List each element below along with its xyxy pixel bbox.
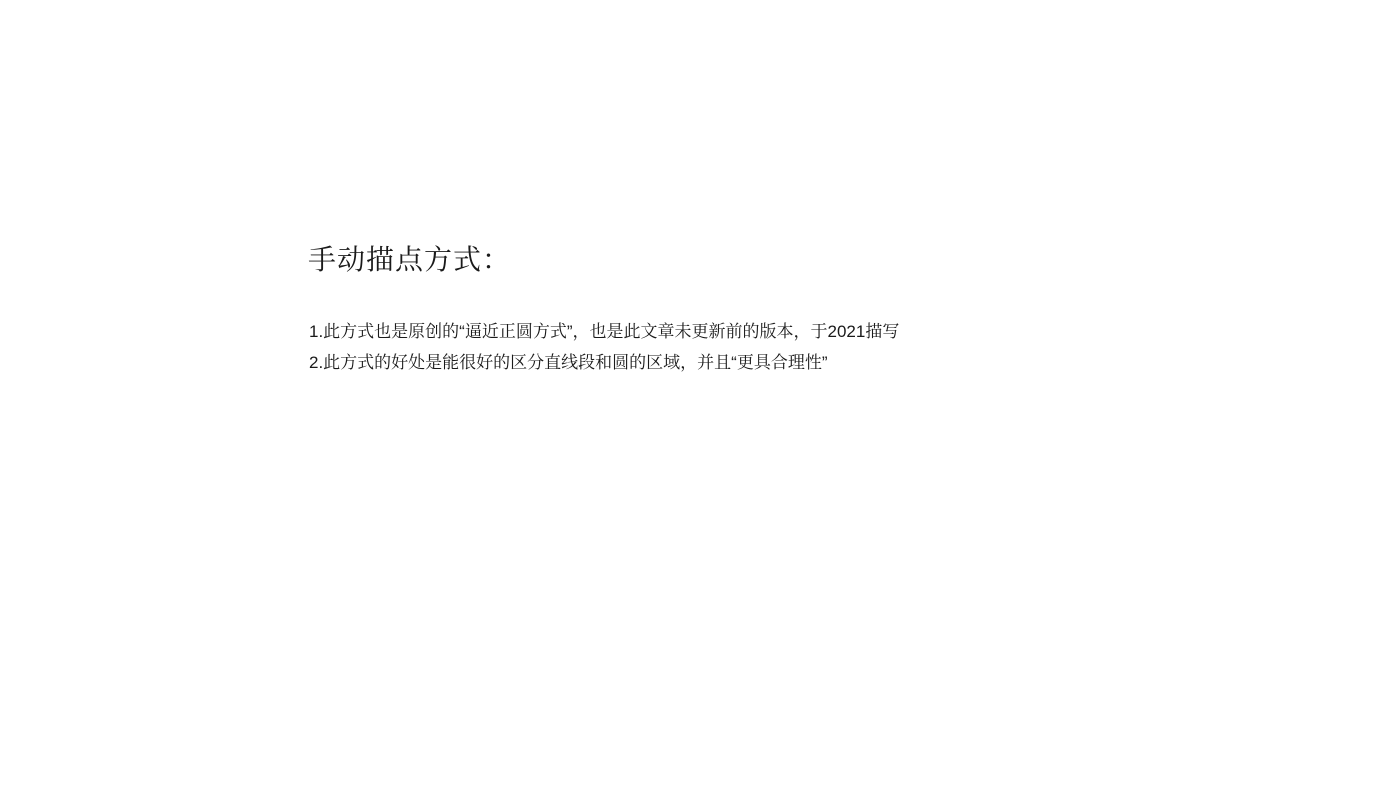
body-line-1: 1.此方式也是原创的“逼近正圆方式”，也是此文章未更新前的版本，于2021描写 — [309, 316, 899, 347]
document-page: 手动描点方式： 1.此方式也是原创的“逼近正圆方式”，也是此文章未更新前的版本，… — [0, 0, 1400, 787]
body-text-block: 1.此方式也是原创的“逼近正圆方式”，也是此文章未更新前的版本，于2021描写 … — [309, 316, 899, 378]
page-title: 手动描点方式： — [308, 238, 511, 278]
body-line-2: 2.此方式的好处是能很好的区分直线段和圆的区域，并且“更具合理性” — [309, 347, 899, 378]
